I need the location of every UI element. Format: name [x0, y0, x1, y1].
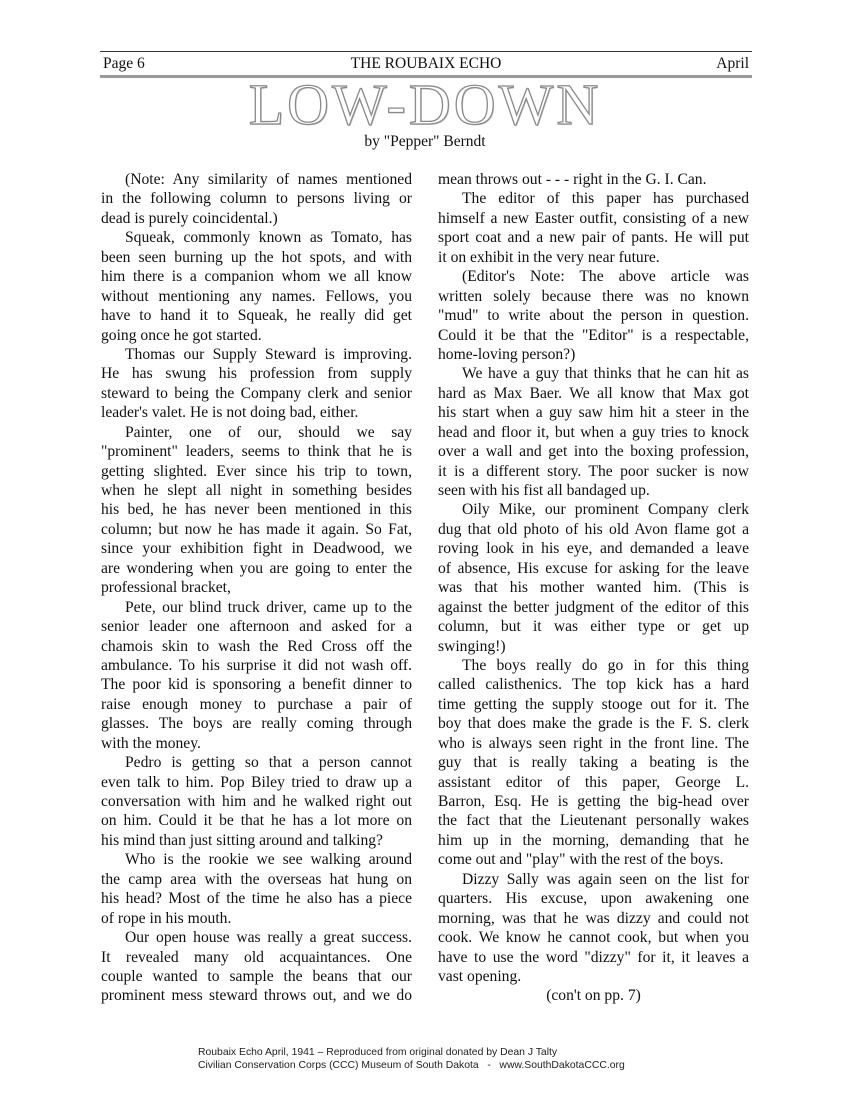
- text-line: dug that old photo of his old Avon flame…: [438, 520, 749, 539]
- left-column: (Note: Any similarity of names mentioned…: [101, 170, 412, 1006]
- text-line: hard as Max Baer. We all know that Max g…: [438, 384, 749, 403]
- text-line: (Editor's Note: The above article was: [438, 267, 749, 286]
- publication-name: THE ROUBAIX ECHO: [103, 54, 749, 74]
- text-line: even talk to him. Pop Biley tried to dra…: [101, 773, 412, 792]
- text-line: Pedro is getting so that a person cannot: [101, 753, 412, 772]
- text-line: (con't on pp. 7): [438, 986, 749, 1005]
- text-line: was that his mother wanted him. (This is: [438, 578, 749, 597]
- text-line: Oily Mike, our prominent Company clerk: [438, 500, 749, 519]
- text-line: Squeak, commonly known as Tomato, has: [101, 228, 412, 247]
- text-line: when he slept all night in something bes…: [101, 481, 412, 500]
- text-line: steward to being the Company clerk and s…: [101, 384, 412, 403]
- text-line: ambulance. To his surprise it did not wa…: [101, 656, 412, 675]
- text-line: him up in the morning, demanding that he: [438, 831, 749, 850]
- text-line: without mentioning any names. Fellows, y…: [101, 287, 412, 306]
- article-byline: by "Pepper" Berndt: [0, 132, 850, 152]
- text-line: of rope in his mouth.: [101, 909, 412, 928]
- text-line: it is a different story. The poor sucker…: [438, 462, 749, 481]
- text-line: come out and "play" with the rest of the…: [438, 850, 749, 869]
- text-line: called calisthenics. The top kick has a …: [438, 675, 749, 694]
- text-line: roving look in his eye, and demanded a l…: [438, 539, 749, 558]
- text-line: dead is purely coincidental.): [101, 209, 412, 228]
- text-line: He has swung his profession from supply: [101, 364, 412, 383]
- text-line: time getting the supply stooge out for i…: [438, 695, 749, 714]
- text-line: chamois skin to wash the Red Cross off t…: [101, 637, 412, 656]
- text-line: (Note: Any similarity of names mentioned: [101, 170, 412, 189]
- text-line: Barron, Esq. He is getting the big-head …: [438, 792, 749, 811]
- text-line: have to hand it to Squeak, he really did…: [101, 306, 412, 325]
- text-line: been seen burning up the hot spots, and …: [101, 248, 412, 267]
- text-line: quarters. His excuse, upon awakening one: [438, 889, 749, 908]
- text-line: column; but now he has made it again. So…: [101, 520, 412, 539]
- text-line: who is always seen right in the front li…: [438, 734, 749, 753]
- text-line: have to use the word "dizzy" for it, it …: [438, 948, 749, 967]
- text-line: seen with his fist all bandaged up.: [438, 481, 749, 500]
- text-line: The poor kid is sponsoring a benefit din…: [101, 675, 412, 694]
- footer-museum-line: Civilian Conservation Corps (CCC) Museum…: [198, 1060, 625, 1073]
- text-line: over a wall and get into the boxing prof…: [438, 442, 749, 461]
- text-line: The boys really do go in for this thing: [438, 656, 749, 675]
- text-line: column, but it was either type or get up: [438, 617, 749, 636]
- text-line: his mind than just sitting around and ta…: [101, 831, 412, 850]
- issue-month: April: [716, 54, 749, 74]
- text-line: getting slighted. Ever since his trip to…: [101, 462, 412, 481]
- text-line: Pete, our blind truck driver, came up to…: [101, 598, 412, 617]
- text-line: on him. Could it be that he has a lot mo…: [101, 811, 412, 830]
- right-column: mean throws out - - - right in the G. I.…: [438, 170, 749, 1006]
- text-line: his bed, he has never been mentioned in …: [101, 500, 412, 519]
- page-footer: Roubaix Echo April, 1941 – Reproduced fr…: [198, 1047, 625, 1072]
- text-line: Thomas our Supply Steward is improving.: [101, 345, 412, 364]
- text-line: assistant editor of this paper, George L…: [438, 773, 749, 792]
- text-line: Could it be that the "Editor" is a respe…: [438, 326, 749, 345]
- text-line: Our open house was really a great succes…: [101, 928, 412, 947]
- text-line: cook. We know he cannot cook, but when y…: [438, 928, 749, 947]
- footer-credit-line: Roubaix Echo April, 1941 – Reproduced fr…: [198, 1047, 625, 1060]
- text-line: Painter, one of our, should we say: [101, 423, 412, 442]
- text-line: with the money.: [101, 734, 412, 753]
- text-line: professional bracket,: [101, 578, 412, 597]
- text-line: since your exhibition fight in Deadwood,…: [101, 539, 412, 558]
- text-line: vast opening.: [438, 967, 749, 986]
- text-line: home-loving person?): [438, 345, 749, 364]
- text-line: the fact that the Lieutenant personally …: [438, 811, 749, 830]
- text-line: senior leader one afternoon and asked fo…: [101, 617, 412, 636]
- text-line: Dizzy Sally was again seen on the list f…: [438, 870, 749, 889]
- text-line: prominent mess steward throws out, and w…: [101, 986, 412, 1005]
- text-line: of absence, His excuse for asking for th…: [438, 559, 749, 578]
- text-line: the camp area with the overseas hat hung…: [101, 870, 412, 889]
- text-line: his start when a guy saw him hit a steer…: [438, 403, 749, 422]
- text-line: glasses. The boys are really coming thro…: [101, 714, 412, 733]
- text-line: guy that is really taking a beating is t…: [438, 753, 749, 772]
- article-title: LOW-DOWN: [0, 72, 850, 138]
- text-line: "prominent" leaders, seems to think that…: [101, 442, 412, 461]
- text-line: sport coat and a new pair of pants. He w…: [438, 228, 749, 247]
- text-line: "mud" to write about the person in quest…: [438, 306, 749, 325]
- text-line: leader's valet. He is not doing bad, eit…: [101, 403, 412, 422]
- text-line: are wondering when you are going to ente…: [101, 559, 412, 578]
- text-line: raise enough money to purchase a pair of: [101, 695, 412, 714]
- text-line: against the better judgment of the edito…: [438, 598, 749, 617]
- text-line: conversation with him and he walked righ…: [101, 792, 412, 811]
- text-line: We have a guy that thinks that he can hi…: [438, 364, 749, 383]
- text-line: head and floor it, but when a guy tries …: [438, 423, 749, 442]
- text-line: in the following column to persons livin…: [101, 189, 412, 208]
- text-line: The editor of this paper has purchased: [438, 189, 749, 208]
- text-line: couple wanted to sample the beans that o…: [101, 967, 412, 986]
- text-line: morning, was that he was dizzy and could…: [438, 909, 749, 928]
- text-line: written solely because there was no know…: [438, 287, 749, 306]
- text-line: boy that does make the grade is the F. S…: [438, 714, 749, 733]
- text-line: mean throws out - - - right in the G. I.…: [438, 170, 749, 189]
- text-line: It revealed many old acquaintances. One: [101, 948, 412, 967]
- text-line: Who is the rookie we see walking around: [101, 850, 412, 869]
- text-line: his head? Most of the time he also has a…: [101, 889, 412, 908]
- text-line: himself a new Easter outfit, consisting …: [438, 209, 749, 228]
- text-line: him there is a companion whom we all kno…: [101, 267, 412, 286]
- text-line: going once he got started.: [101, 326, 412, 345]
- text-line: swinging!): [438, 637, 749, 656]
- text-line: it on exhibit in the very near future.: [438, 248, 749, 267]
- header-top-rule: [100, 51, 752, 52]
- page-header: Page 6 THE ROUBAIX ECHO April: [103, 54, 749, 74]
